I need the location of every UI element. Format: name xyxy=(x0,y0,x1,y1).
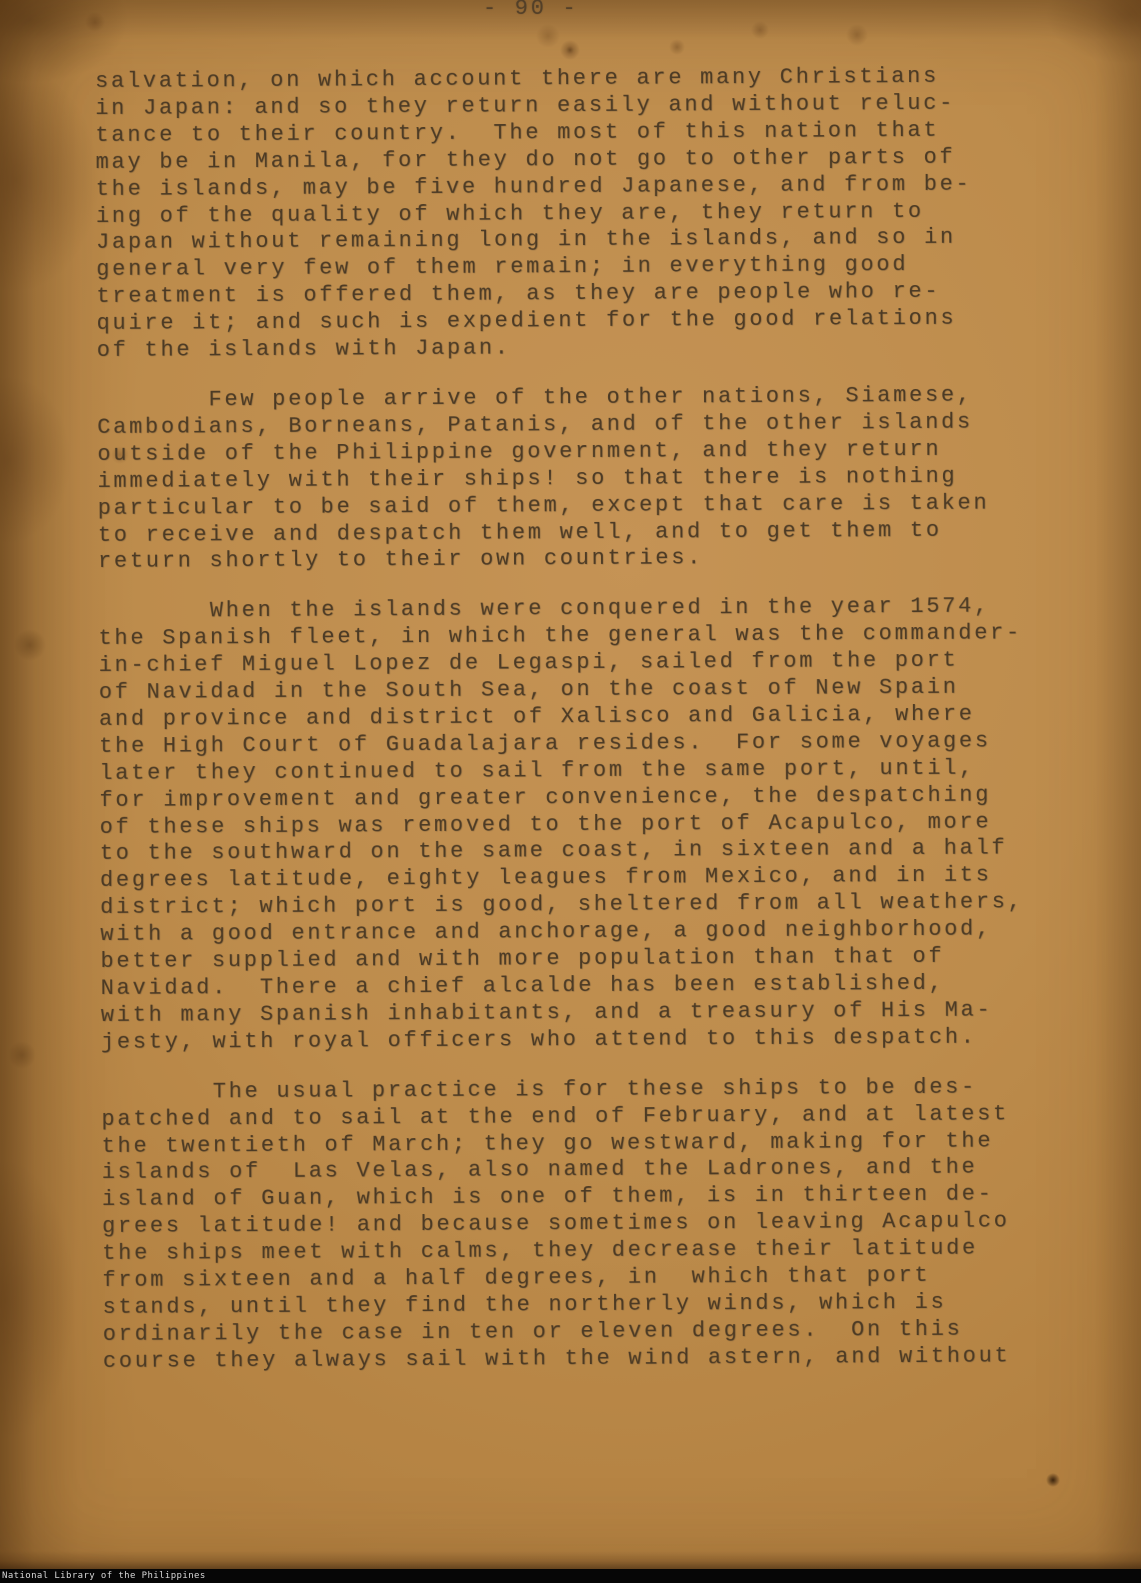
paragraph-japanese-in-manila: salvation, on which account there are ma… xyxy=(95,63,1107,365)
paragraph-sailing-practice: The usual practice is for these ships to… xyxy=(101,1074,1113,1376)
typewritten-text-block: salvation, on which account there are ma… xyxy=(95,63,1113,1399)
paragraph-spanish-fleet-acapulco: When the islands were conquered in the y… xyxy=(98,593,1111,1057)
footer-bar: National Library of the Philippines xyxy=(0,1569,1141,1583)
scanned-document-page: - 90 - salvation, on which account there… xyxy=(0,0,1141,1583)
page-bottom-shadow xyxy=(0,1551,1141,1569)
library-attribution-label: National Library of the Philippines xyxy=(2,1571,206,1581)
page-number: - 90 - xyxy=(483,0,578,22)
paragraph-other-nations: Few people arrive of the other nations, … xyxy=(97,382,1108,577)
